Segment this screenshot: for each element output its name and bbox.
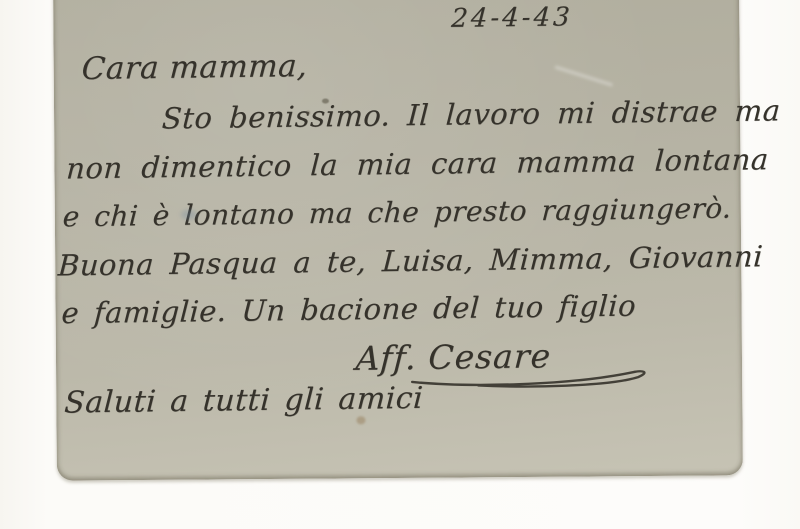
handwritten-date: 24-4-43 [450,2,573,34]
body-line: e famiglie. Un bacione del tuo figlio [61,289,638,331]
postcard: 24-4-43 Cara mamma, Sto benissimo. Il la… [53,0,743,481]
body-line: Sto benissimo. Il lavoro mi distrae ma [161,93,781,135]
body-line: e chi è lontano ma che presto raggiunger… [62,192,733,234]
body-line: non dimentico la mia cara mamma lontana [65,142,769,185]
postscript-line: Saluti a tutti gli amici [63,381,424,421]
signature: Aff. Cesare [355,336,552,378]
paper-speck [356,416,365,424]
salutation-line: Cara mamma, [81,48,309,87]
scanned-postcard-page: 24-4-43 Cara mamma, Sto benissimo. Il la… [0,0,800,529]
body-line: Buona Pasqua a te, Luisa, Mimma, Giovann… [57,239,764,282]
paper-crease [555,66,613,87]
